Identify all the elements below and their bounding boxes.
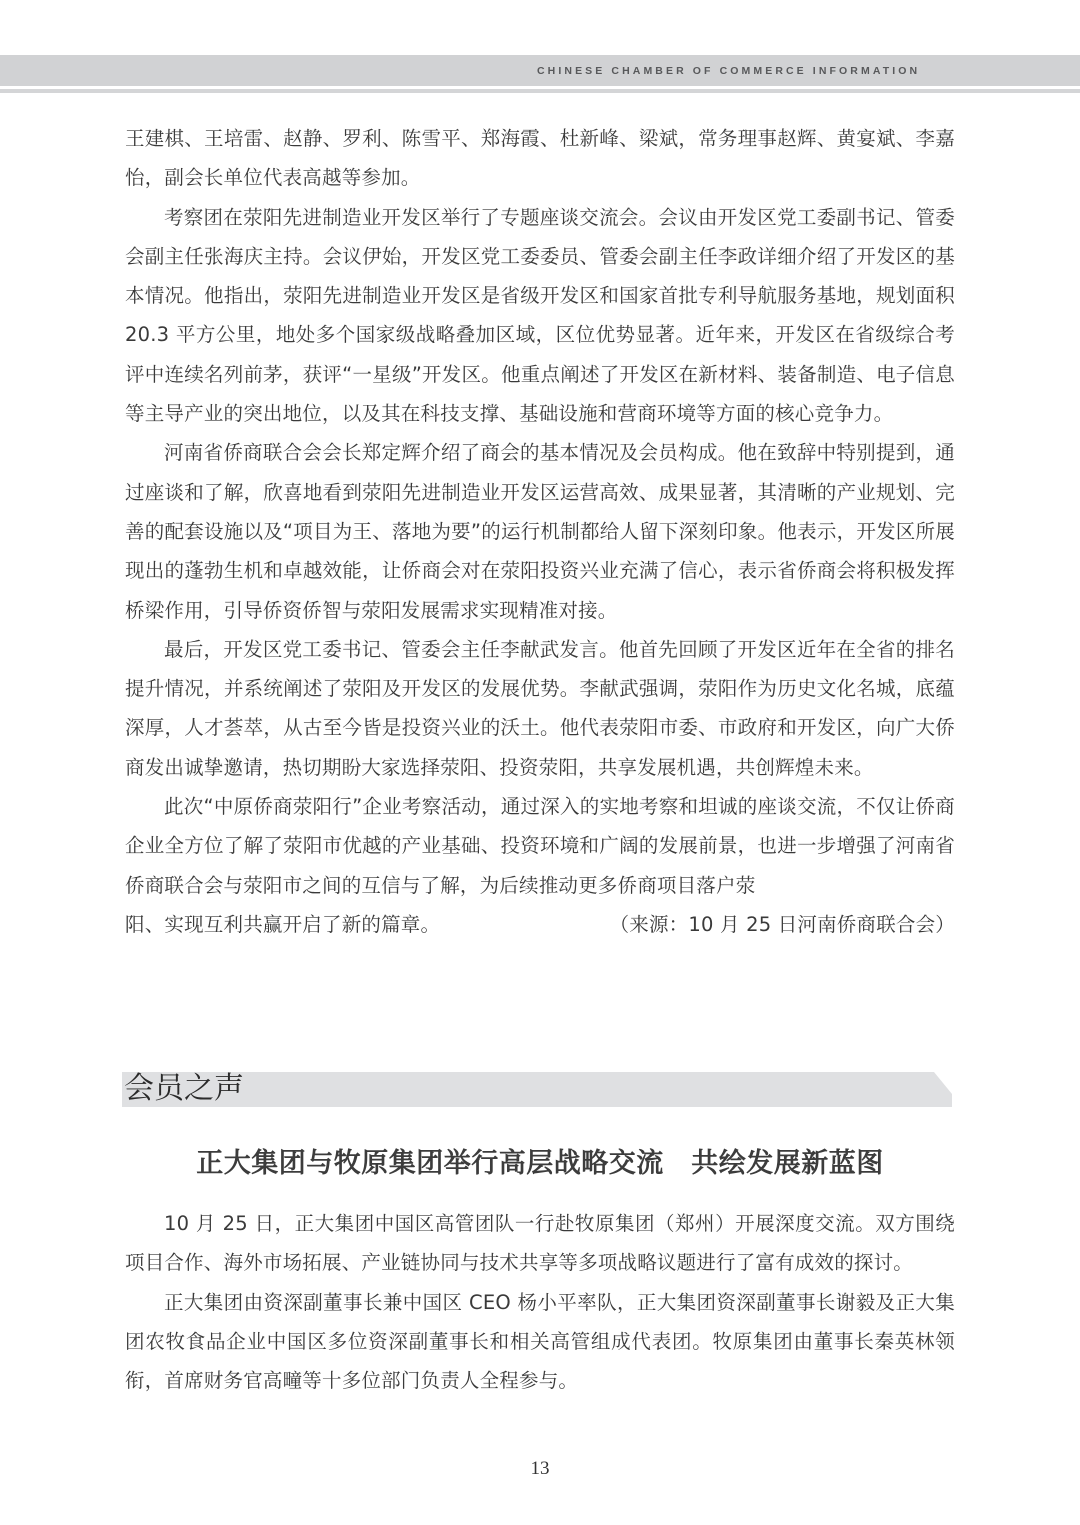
continued-article: 王建棋、王培雷、赵静、罗利、陈雪平、郑海霞、杜新峰、梁斌，常务理事赵辉、黄宴斌、… (125, 119, 955, 944)
source-attribution: （来源：10 月 25 日河南侨商联合会） (610, 905, 955, 944)
closing-text: 阳、实现互利共赢开启了新的篇章。 (125, 905, 440, 944)
page-number: 13 (0, 1458, 1080, 1480)
paragraph: 此次“中原侨商荥阳行”企业考察活动，通过深入的实地考察和坦诚的座谈交流，不仅让侨… (125, 787, 955, 905)
paragraph: 10 月 25 日，正大集团中国区高管团队一行赴牧原集团（郑州）开展深度交流。双… (125, 1204, 955, 1283)
paragraph: 最后，开发区党工委书记、管委会主任李献武发言。他首先回顾了开发区近年在全省的排名… (125, 630, 955, 787)
article-title: 正大集团与牧原集团举行高层战略交流 共绘发展新蓝图 (0, 1144, 1080, 1184)
header-divider (0, 89, 1080, 93)
section-header-bar (122, 1072, 952, 1107)
closing-line: 阳、实现互利共赢开启了新的篇章。 （来源：10 月 25 日河南侨商联合会） (125, 905, 955, 944)
paragraph: 王建棋、王培雷、赵静、罗利、陈雪平、郑海霞、杜新峰、梁斌，常务理事赵辉、黄宴斌、… (125, 119, 955, 198)
paragraph: 正大集团由资深副董事长兼中国区 CEO 杨小平率队，正大集团资深副董事长谢毅及正… (125, 1283, 955, 1401)
article-body: 10 月 25 日，正大集团中国区高管团队一行赴牧原集团（郑州）开展深度交流。双… (125, 1204, 955, 1400)
publication-name: CHINESE CHAMBER OF COMMERCE INFORMATION (537, 63, 947, 79)
paragraph: 考察团在荥阳先进制造业开发区举行了专题座谈交流会。会议由开发区党工委副书记、管委… (125, 198, 955, 434)
section-title: 会员之声 (124, 1069, 244, 1109)
paragraph: 河南省侨商联合会会长郑定辉介绍了商会的基本情况及会员构成。他在致辞中特别提到，通… (125, 433, 955, 629)
